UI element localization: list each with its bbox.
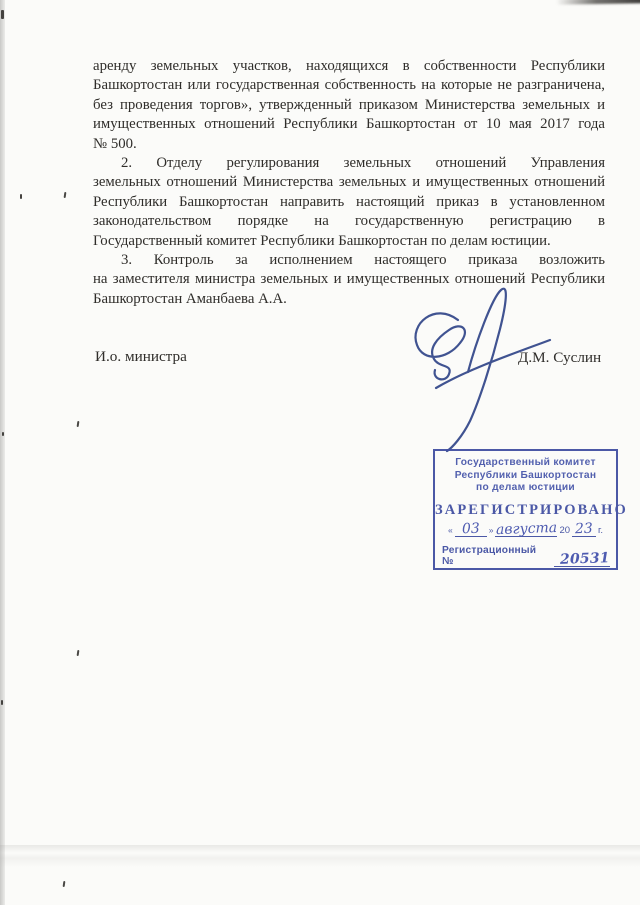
handwritten-registration-number: 20531 bbox=[560, 552, 610, 567]
stamp-registration-number-field: 20531 bbox=[554, 553, 610, 567]
stamp-date-suffix: г. bbox=[598, 525, 603, 537]
body-line: № 500. bbox=[93, 135, 605, 154]
body-line: имущественных отношений Республики Башко… bbox=[93, 115, 605, 134]
stamp-registration-label: Регистрационный № bbox=[442, 545, 550, 567]
body-line-item-3: 3. Контроль за исполнением настоящего пр… bbox=[93, 251, 605, 270]
scan-speck bbox=[2, 432, 4, 436]
body-line: законодательством порядке на государстве… bbox=[93, 212, 605, 231]
scan-tick-mark bbox=[77, 421, 80, 427]
scan-edge-strip bbox=[0, 0, 5, 905]
stamp-date-row: « 03 » августа 20 23 г. bbox=[435, 523, 616, 537]
stamp-org-line: Государственный комитет bbox=[435, 457, 616, 470]
stamp-registration-row: Регистрационный № 20531 bbox=[442, 545, 610, 567]
stamp-org-line: по делам юстиции bbox=[435, 482, 616, 495]
body-line: аренду земельных участков, находящихся в… bbox=[93, 57, 605, 76]
stamp-year-prefix: 20 bbox=[559, 525, 570, 537]
scan-tick-mark bbox=[77, 650, 80, 656]
stamp-organization: Государственный комитет Республики Башко… bbox=[435, 457, 616, 495]
order-body-text: аренду земельных участков, находящихся в… bbox=[93, 57, 605, 309]
handwritten-day: 03 bbox=[462, 522, 480, 536]
registration-stamp: Государственный комитет Республики Башко… bbox=[433, 449, 618, 570]
body-line-item-2: 2. Отделу регулирования земельных отноше… bbox=[93, 154, 605, 173]
handwritten-month: августа bbox=[496, 522, 558, 537]
stamp-year-field: 23 bbox=[572, 523, 596, 537]
stamp-day-field: 03 bbox=[455, 523, 487, 537]
handwritten-year: 23 bbox=[575, 522, 593, 536]
body-line: без проведения торгов», утвержденный при… bbox=[93, 96, 605, 115]
body-line: Государственный комитет Республики Башко… bbox=[93, 232, 605, 251]
scan-tick-mark bbox=[64, 192, 67, 198]
signer-role-label: И.о. министра bbox=[95, 348, 187, 366]
body-line: Башкортостан или государственная собстве… bbox=[93, 76, 605, 95]
scan-noise-band bbox=[0, 845, 640, 867]
body-line: земельных отношений Министерства земельн… bbox=[93, 173, 605, 192]
scan-speck bbox=[20, 194, 22, 199]
stamp-registered-label: ЗАРЕГИСТРИРОВАНО bbox=[435, 502, 616, 519]
scan-smudge bbox=[556, 0, 640, 5]
scanned-document-page: аренду земельных участков, находящихся в… bbox=[0, 0, 640, 905]
scan-speck bbox=[1, 700, 3, 705]
body-line: Республики Башкортостан направить настоя… bbox=[93, 193, 605, 212]
handwritten-signature bbox=[393, 280, 563, 458]
stamp-close-quote: » bbox=[489, 525, 494, 537]
scan-tick-mark bbox=[63, 881, 66, 887]
scan-speck bbox=[1, 10, 4, 19]
stamp-month-field: августа bbox=[495, 523, 557, 537]
stamp-open-quote: « bbox=[448, 525, 453, 537]
stamp-org-line: Республики Башкортостан bbox=[435, 470, 616, 483]
